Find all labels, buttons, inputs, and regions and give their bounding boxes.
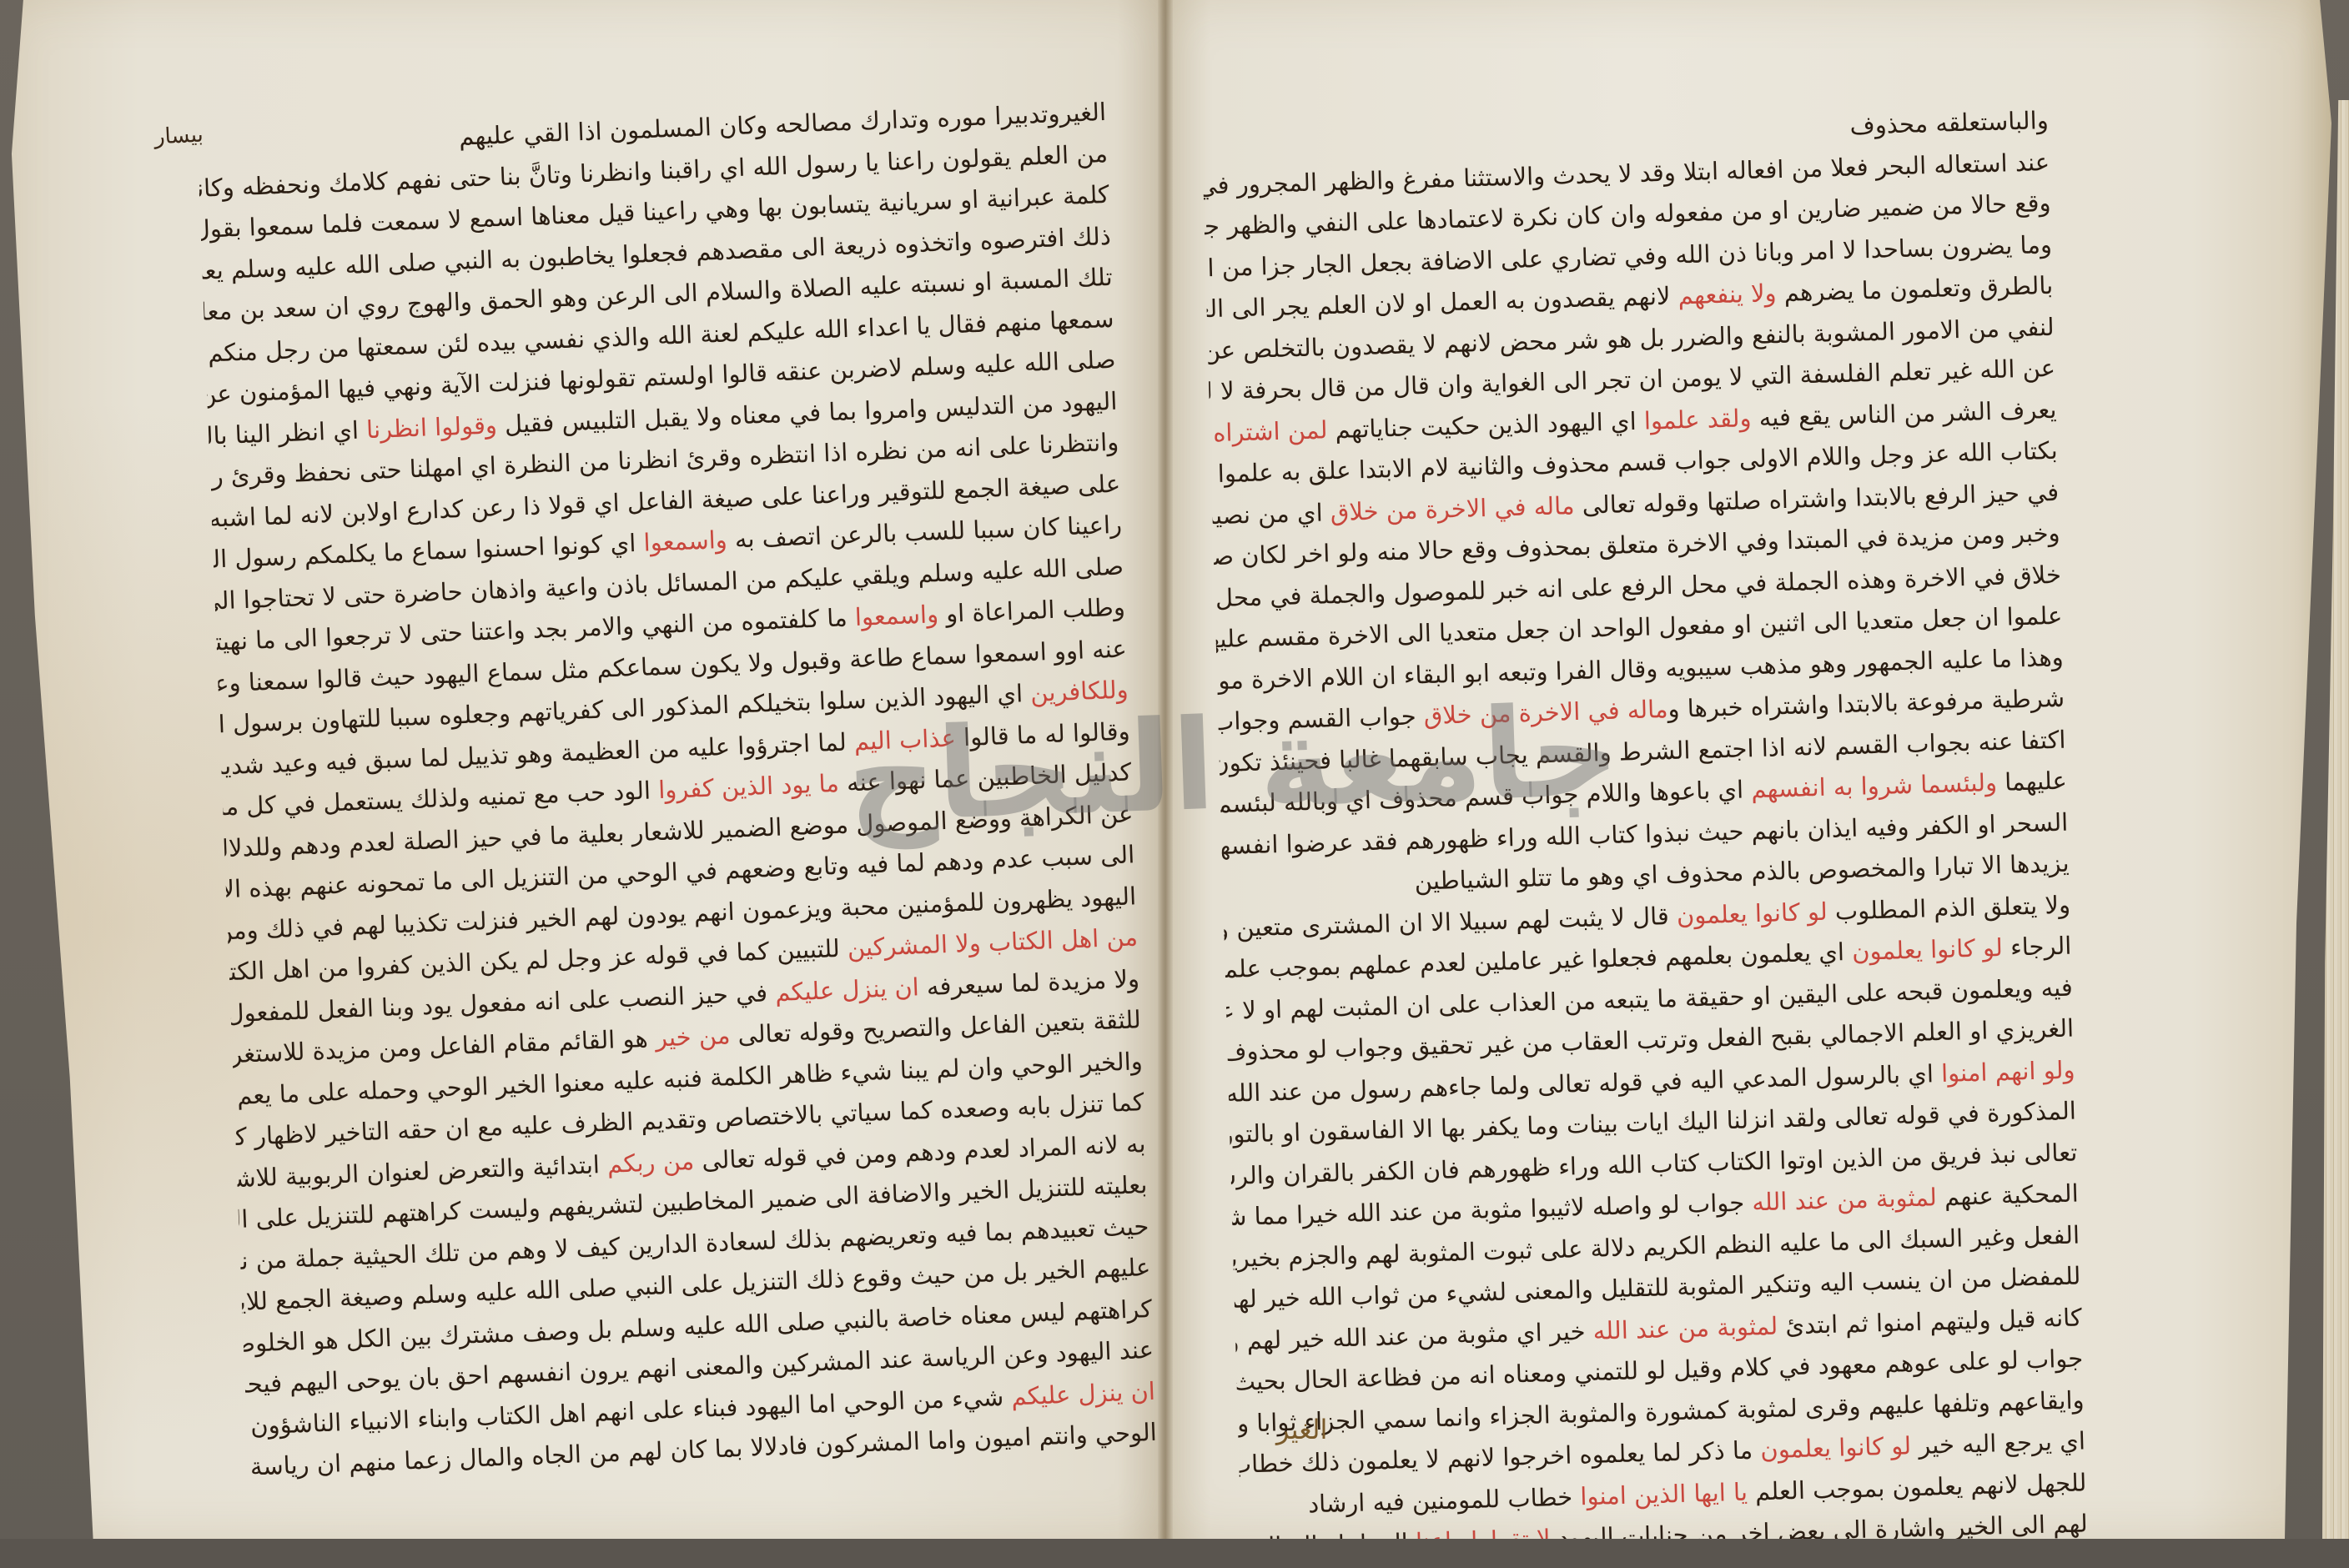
rubric: ولا ينفعهم <box>1677 279 1777 309</box>
rubric: واسمعوا <box>854 600 938 631</box>
rubric: لمن اشتراه <box>1213 415 1328 447</box>
rubric: ولبئسما شروا به انفسهم <box>1751 768 1998 803</box>
rubric: لمثوبة من عند الله <box>1592 1311 1778 1344</box>
rubric: لو كانوا يعلمون <box>1760 1431 1912 1464</box>
rubric: وقولوا انظرنا <box>365 410 497 444</box>
rubric: واسمعوا <box>643 525 727 557</box>
rubric: لو كانوا يعلمون <box>1676 897 1828 929</box>
catchword: الغير <box>1276 1414 1327 1445</box>
rubric: من خير <box>655 1021 731 1052</box>
rubric: ما يود الذين كفروا <box>658 769 840 804</box>
rubric: لمثوبة من عند الله <box>1752 1183 1937 1216</box>
rubric: من ربكم <box>606 1146 694 1178</box>
watermark: جامعة النجاح <box>844 679 1622 851</box>
rubric: ان ينزل عليكم <box>775 972 920 1007</box>
open-manuscript: بيسار الغيروتدبيرا موره وتدارك مصالحه وك… <box>0 0 2349 1568</box>
right-page-text: والباستعلقه محذوفعند استعاله البحر فعلا … <box>1201 100 2088 1568</box>
rubric: ماله في الاخرة من خلاق <box>1330 491 1575 526</box>
rubric: لو كانوا يعلمون <box>1852 933 2004 966</box>
rubric: يا ايها الذين امنوا <box>1580 1477 1748 1510</box>
table-surface <box>0 1539 2349 1568</box>
rubric: من اهل الكتاب ولا المشركين <box>847 922 1138 962</box>
rubric: ولو انهم امنوا <box>1941 1055 2075 1087</box>
rubric: ان ينزل عليكم <box>1011 1376 1156 1410</box>
rubric: ولقد علموا <box>1643 404 1752 435</box>
page-stack-edge <box>2322 100 2349 1539</box>
